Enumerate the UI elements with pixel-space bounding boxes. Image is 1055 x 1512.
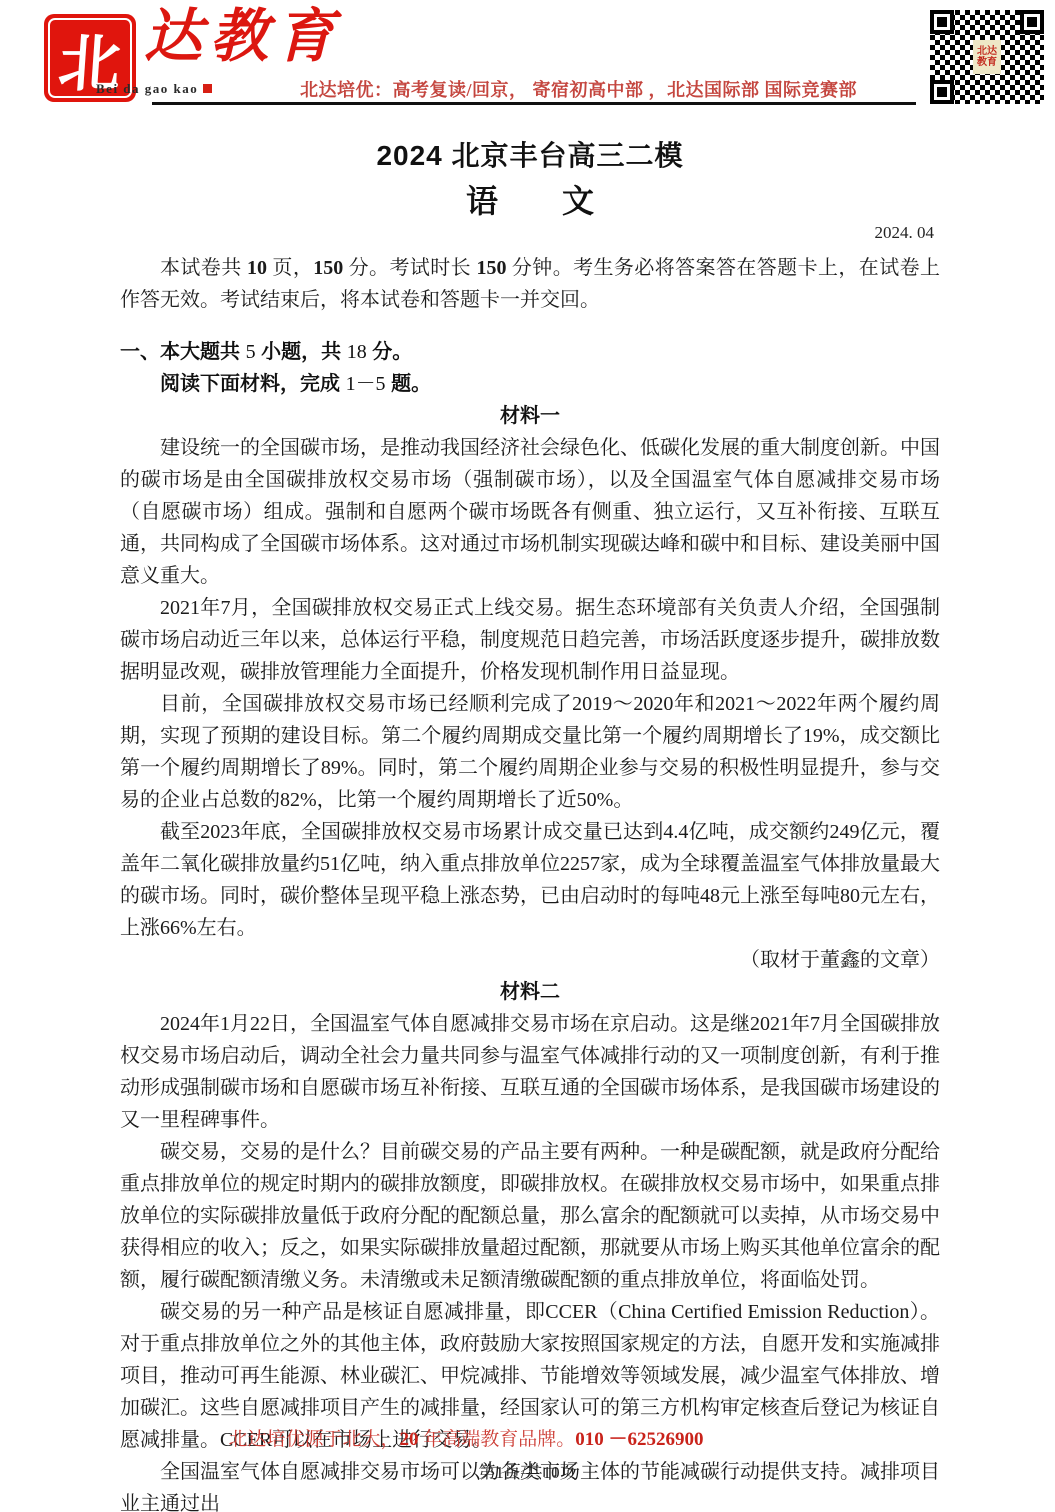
section-subheading: 阅读下面材料，完成 1－5 题。 xyxy=(120,368,940,400)
material1-paragraph: 建设统一的全国碳市场，是推动我国经济社会绿色化、低碳化发展的重大制度创新。中国的… xyxy=(120,432,940,592)
material1-title: 材料一 xyxy=(120,400,940,432)
material1-paragraph: 目前，全国碳排放权交易市场已经顺利完成了2019～2020年和2021～2022… xyxy=(120,688,940,816)
material1-paragraph: 截至2023年底，全国碳排放权交易市场累计成交量已达到4.4亿吨，成交额约249… xyxy=(120,816,940,944)
qr-center-label: 北达 教育 xyxy=(973,40,1001,74)
header-divider xyxy=(152,102,916,105)
brand-red-square-icon xyxy=(203,84,212,93)
qr-code: 北达 教育 xyxy=(928,8,1046,106)
letterhead: 北 达教育 Bei da gao kao 北达培优：高考复读/回京， 寄宿初高中… xyxy=(0,0,1055,118)
material2-paragraph: 2024年1月22日，全国温室气体自愿减排交易市场在京启动。这是继2021年7月… xyxy=(120,1008,940,1136)
section-heading: 一、本大题共 5 小题，共 18 分。 xyxy=(120,336,940,368)
qr-finder-icon xyxy=(930,80,954,104)
qr-finder-icon xyxy=(1020,10,1044,34)
exam-title: 2024 北京丰台高三二模 xyxy=(120,140,940,172)
exam-subject: 语 文 xyxy=(120,184,940,218)
brand-name: 达教育 xyxy=(144,2,342,72)
brand-tagline: 北达培优：高考复读/回京， 寄宿初高中部 ，北达国际部 国际竞赛部 xyxy=(300,76,900,102)
exam-instructions: 本试卷共 10 页，150 分。考试时长 150 分钟。考生务必将答案答在答题卡… xyxy=(120,252,940,316)
material2-paragraph: 碳交易，交易的是什么？目前碳交易的产品主要有两种。一种是碳配额，就是政府分配给重… xyxy=(120,1136,940,1296)
exam-date: 2024. 04 xyxy=(120,222,940,244)
material1-paragraph: 2021年7月，全国碳排放权交易正式上线交易。据生态环境部有关负责人介绍，全国强… xyxy=(120,592,940,688)
qr-finder-icon xyxy=(930,10,954,34)
footer-promo: 北达培优源于北大，20 年高端教育品牌。010 －62526900 xyxy=(116,1428,816,1452)
document-body: 2024 北京丰台高三二模 语 文 2024. 04 本试卷共 10 页，150… xyxy=(120,118,940,1512)
material2-title: 材料二 xyxy=(120,976,940,1008)
material1-attribution: （取材于董鑫的文章） xyxy=(120,944,940,976)
brand-subtitle: Bei da gao kao xyxy=(96,81,212,97)
exam-paper-page: 北 达教育 Bei da gao kao 北达培优：高考复读/回京， 寄宿初高中… xyxy=(0,0,1055,1512)
page-indicator: 第1页/共10页 xyxy=(0,1462,1055,1484)
